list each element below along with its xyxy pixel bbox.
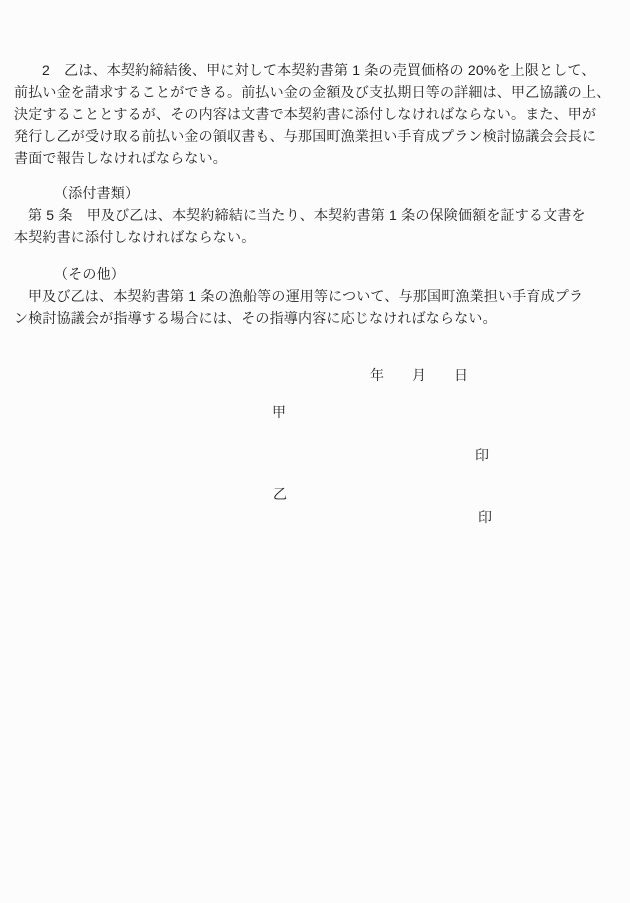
contract-document-page: 2 乙は、本契約締結後、甲に対して本契約書第 1 条の売買価格の 20%を上限と… [0,0,630,903]
party-b-label: 乙 [14,483,616,505]
other-clause-line: 甲及び乙は、本契約書第 1 条の漁船等の運用等について、与那国町漁業担い手育成プ… [14,285,616,307]
paragraph-line: 決定することとするが、その内容は文書で本契約書に添付しなければならない。また、甲… [14,103,616,125]
date-line: 年 月 日 [14,364,616,386]
paragraph-line: 発行し乙が受け取る前払い金の領収書も、与那国町漁業担い手育成プラン検討協議会会長… [14,125,616,147]
other-clause-line: ン検討協議会が指導する場合には、その指導内容に応じなければならない。 [14,307,616,329]
paragraph-line: 前払い金を請求することができる。前払い金の金額及び支払期日等の詳細は、甲乙協議の… [14,81,616,103]
party-a-seal-mark: 印 [14,444,616,466]
party-a-label: 甲 [14,401,616,423]
party-b-seal-mark: 印 [14,506,616,528]
section-heading-attachments: （添付書類） [14,182,616,204]
paragraph-line: 2 乙は、本契約締結後、甲に対して本契約書第 1 条の売買価格の 20%を上限と… [14,59,616,81]
clause5-line: 本契約書に添付しなければならない。 [14,226,616,248]
paragraph-line: 書面で報告しなければならない。 [14,147,616,169]
clause4-paragraph2: 2 乙は、本契約締結後、甲に対して本契約書第 1 条の売買価格の 20%を上限と… [14,59,616,169]
attachments-section: （添付書類） 第 5 条 甲及び乙は、本契約締結に当たり、本契約書第 1 条の保… [14,182,616,248]
section-heading-other: （その他） [14,263,616,285]
other-section: （その他） 甲及び乙は、本契約書第 1 条の漁船等の運用等について、与那国町漁業… [14,263,616,329]
clause5-line: 第 5 条 甲及び乙は、本契約締結に当たり、本契約書第 1 条の保険価額を証する… [14,204,616,226]
